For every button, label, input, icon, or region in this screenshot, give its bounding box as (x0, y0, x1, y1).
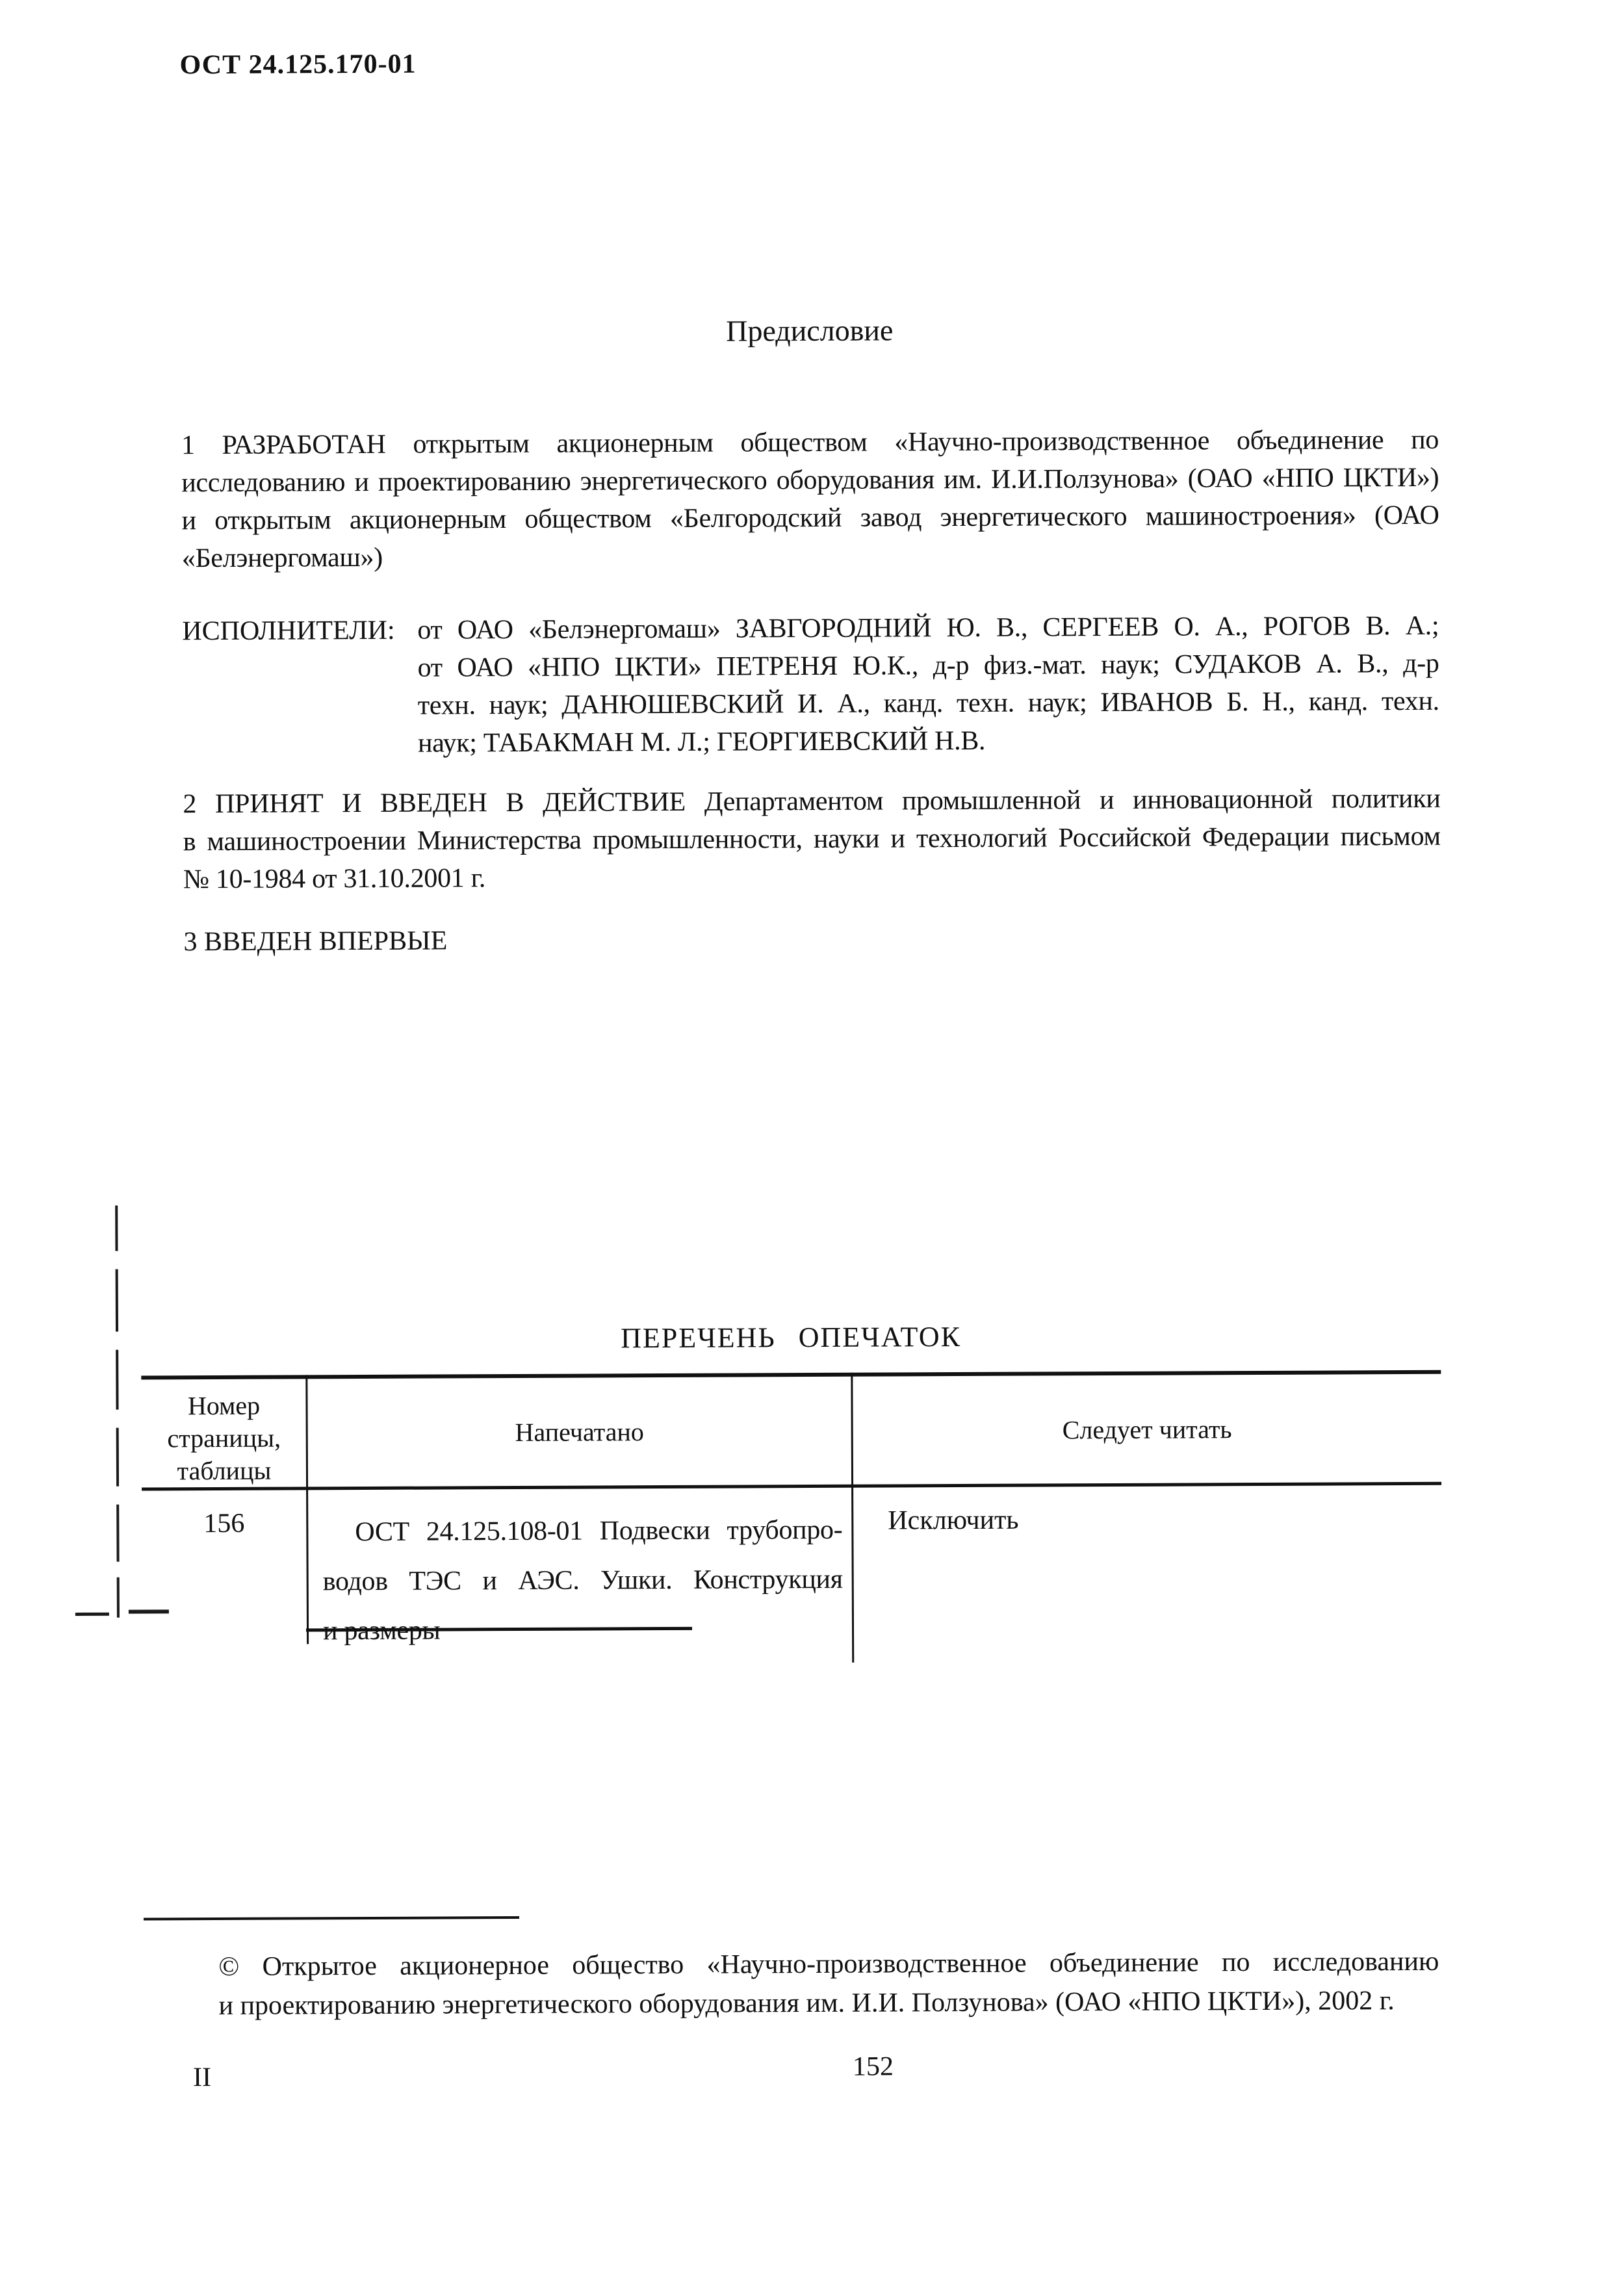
clause-accepted-line: № 10-1984 от 31.10.2001 г. (183, 855, 1441, 898)
col-header-printed-label: Напечатано (515, 1416, 643, 1448)
preface-title: Предисловие (181, 311, 1438, 350)
clause-developed: 1 РАЗРАБОТАН открытым акционерным общест… (181, 421, 1439, 577)
col-header-should-read: Следует читать (853, 1374, 1441, 1485)
clause-first-time: 3 ВВЕДЕН ВПЕРВЫЕ (183, 922, 447, 961)
cell-printed: ОСТ 24.125.108-01 Подвески трубопро- вод… (322, 1505, 843, 1656)
clause-accepted-line: 2 ПРИНЯТ И ВВЕДЕН В ДЕЙСТВИЕ Департамент… (183, 780, 1440, 823)
cell-page-number: 156 (142, 1507, 306, 1539)
clause-developed-line: и открытым акционерным обществом «Белгор… (181, 497, 1439, 539)
executors-label: ИСПОЛНИТЕЛИ: (182, 612, 395, 650)
col-header-page: Номер страницы, таблицы (146, 1389, 302, 1487)
clause-developed-line: 1 РАЗРАБОТАН открытым акционерным общест… (181, 421, 1439, 464)
copyright-line: и проектированию энергетического оборудо… (218, 1981, 1439, 2025)
page-number: 152 (853, 2051, 894, 2082)
errata-title: ПЕРЕЧЕНЬ ОПЕЧАТОК (141, 1318, 1441, 1357)
executors-line: от ОАО «Белэнергомаш» ЗАВГОРОДНИЙ Ю. В.,… (417, 607, 1439, 649)
doc-code: ОСТ 24.125.170-01 (179, 49, 416, 81)
clause-accepted-line: в машиностроении Министерства промышленн… (183, 818, 1441, 861)
scan-artifact-line (116, 1428, 119, 1487)
page-sheet: ОСТ 24.125.170-01 Предисловие 1 РАЗРАБОТ… (0, 0, 1624, 2288)
executors-list: от ОАО «Белэнергомаш» ЗАВГОРОДНИЙ Ю. В.,… (417, 607, 1439, 762)
scan-artifact-line (116, 1269, 118, 1332)
cell-printed-line: ОСТ 24.125.108-01 Подвески трубопро- (322, 1505, 842, 1557)
col-header-should-read-label: Следует читать (1063, 1414, 1232, 1445)
cell-printed-line: водов ТЭС и АЭС. Ушки. Конструкция (323, 1555, 843, 1606)
footnote-separator (144, 1916, 519, 1921)
page-number-roman: II (193, 2062, 211, 2093)
cell-printed-line: и размеры (323, 1604, 843, 1656)
executors-line: техн. наук; ДАНЮШЕВСКИЙ И. А., канд. тех… (418, 682, 1439, 725)
scanned-standard-page: ОСТ 24.125.170-01 Предисловие 1 РАЗРАБОТ… (0, 0, 1624, 2288)
errata-table: Номер страницы, таблицы Напечатано Следу… (141, 1370, 1442, 1670)
executors-line: наук; ТАБАКМАН М. Л.; ГЕОРГИЕВСКИЙ Н.В. (418, 720, 1439, 762)
clause-developed-line: исследованию и проектированию энергетиче… (181, 459, 1439, 502)
scan-artifact-line (116, 1350, 118, 1410)
copyright-line: © Открытое акционерное общество «Научно-… (218, 1942, 1439, 1986)
executors-line: от ОАО «НПО ЦКТИ» ПЕТРЕНЯ Ю.К., д-р физ.… (417, 645, 1439, 687)
copyright-notice: © Открытое акционерное общество «Научно-… (218, 1942, 1439, 2025)
cell-should-read: Исключить (888, 1505, 1018, 1537)
scan-artifact-dash (75, 1613, 109, 1616)
scan-artifact-line (117, 1578, 120, 1618)
scan-artifact-line (115, 1206, 118, 1251)
scan-artifact-line (116, 1505, 119, 1562)
clause-developed-line: «Белэнергомаш») (182, 534, 1439, 577)
col-header-printed: Напечатано (307, 1377, 851, 1487)
clause-accepted: 2 ПРИНЯТ И ВВЕДЕН В ДЕЙСТВИЕ Департамент… (183, 780, 1441, 898)
